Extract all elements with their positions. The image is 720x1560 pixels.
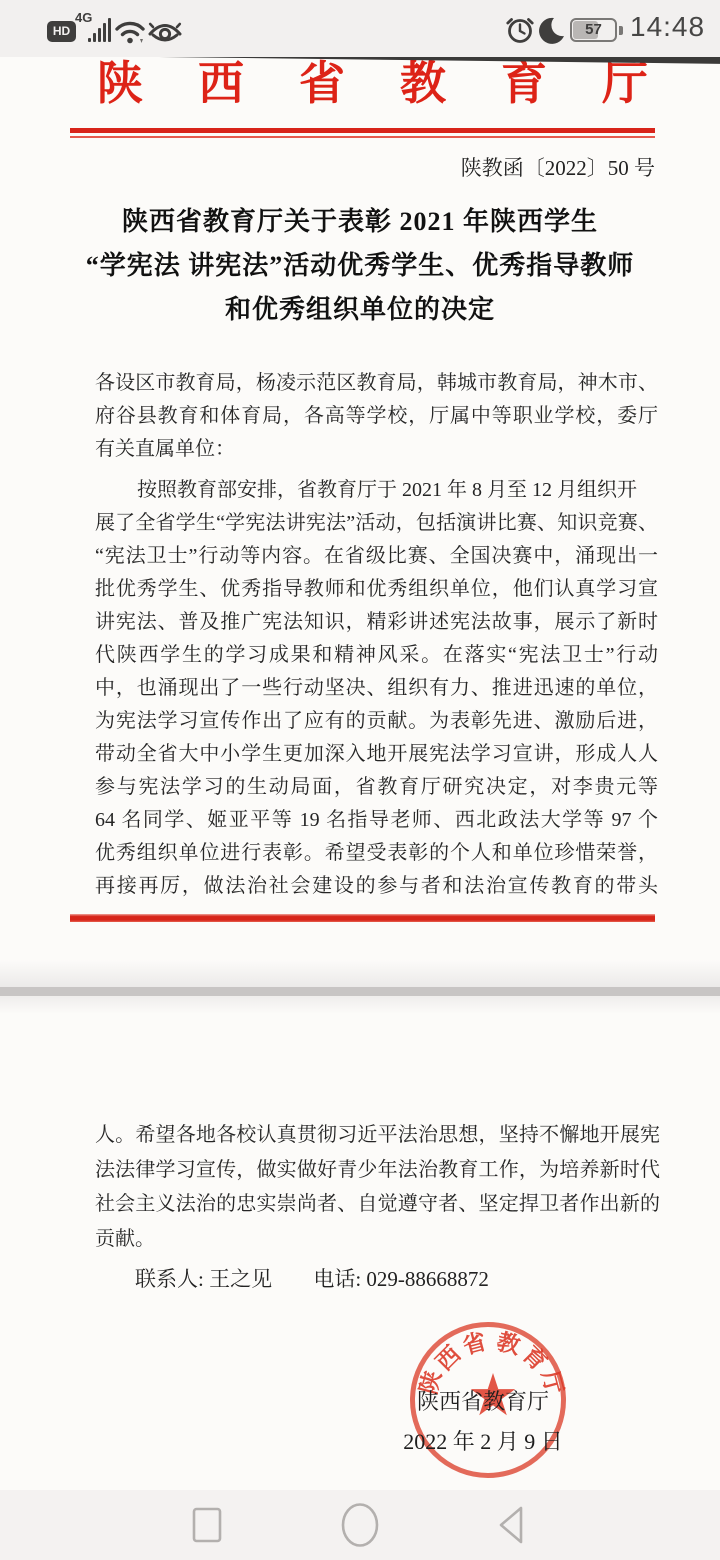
- home-circle-icon: [340, 1501, 380, 1549]
- doc-number: 陕教函〔2022〕50 号: [95, 153, 655, 183]
- wifi-icon: [114, 17, 146, 45]
- contact-person: 联系人: 王之见: [95, 1267, 272, 1291]
- alarm-icon: [505, 15, 535, 45]
- text-line: “宪法卫士”行动等内容。在省级比赛、全国决赛中，涌现出一: [95, 540, 658, 573]
- hd-badge: HD: [47, 21, 76, 42]
- battery-nub: [619, 26, 623, 35]
- text-line: 中，也涌现出了一些行动坚决、组织有力、推进迅速的单位，: [95, 672, 658, 705]
- text-line: 各设区市教育局，杨凌示范区教育局，韩城市教育局，神木市、: [95, 367, 658, 400]
- text-line: 有关直属单位：: [95, 433, 658, 466]
- document-title: 陕西省教育厅关于表彰 2021 年陕西学生 “学宪法 讲宪法”活动优秀学生、优秀…: [60, 200, 660, 332]
- title-line: “学宪法 讲宪法”活动优秀学生、优秀指导教师: [60, 244, 660, 288]
- letterhead-rule-thick: [70, 128, 655, 133]
- text-line: 批优秀学生、优秀指导教师和优秀组织单位，他们认真学习宣: [95, 573, 658, 606]
- body-paragraph-page1: 按照教育部安排，省教育厅于 2021 年 8 月至 12 月组织开 展了全省学生…: [95, 474, 658, 903]
- text-line: 参与宪法学习的生动局面，省教育厅研究决定，对李贵元等: [95, 771, 658, 804]
- title-line: 和优秀组织单位的决定: [60, 288, 660, 332]
- contact-line: 联系人: 王之见 电话: 029-88668872: [95, 1262, 660, 1296]
- recents-button[interactable]: [181, 1498, 233, 1552]
- letterhead-rule-thin: [70, 136, 655, 138]
- page1-bottom-red-rule: [70, 914, 655, 922]
- text-line: 贡献。: [95, 1222, 660, 1257]
- text-line: 按照教育部安排，省教育厅于 2021 年 8 月至 12 月组织开: [95, 474, 658, 507]
- seal-arc-char: 省: [459, 1323, 490, 1361]
- text-line: 讲宪法、普及推广宪法知识，精彩讲述宪法故事，展示了新时: [95, 606, 658, 639]
- body-paragraph-page2: 人。希望各地各校认真贯彻习近平法治思想，坚持不懈地开展宪 法法律学习宣传，做实做…: [95, 1118, 660, 1256]
- text-line: 法法律学习宣传，做实做好青少年法治教育工作，为培养新时代: [95, 1153, 660, 1188]
- page-separator: [0, 987, 720, 996]
- android-nav-bar: [0, 1490, 720, 1560]
- text-line: 64 名同学、姬亚平等 19 名指导老师、西北政法大学等 97 个: [95, 804, 658, 837]
- text-line: 再接再厉，做法治社会建设的参与者和法治宣传教育的带头: [95, 870, 658, 903]
- status-time: 14:48: [630, 11, 705, 43]
- battery-percent: 57: [572, 20, 615, 40]
- letterhead-agency: 陕西省教育厅: [97, 58, 717, 110]
- text-line: 带动全省大中小学生更加深入地开展宪法学习宣讲，形成人人: [95, 738, 658, 771]
- text-line: 府谷县教育和体育局，各高等学校，厅属中等职业学校，委厅: [95, 400, 658, 433]
- back-triangle-icon: [497, 1504, 527, 1546]
- recents-square-icon: [192, 1506, 222, 1544]
- moon-icon: [537, 16, 567, 46]
- text-line: 代陕西学生的学习成果和精神风采。在落实“宪法卫士”行动: [95, 639, 658, 672]
- eye-comfort-icon: [148, 19, 182, 45]
- battery-icon: 57: [570, 18, 617, 42]
- page2-top-shadow: [0, 996, 720, 1014]
- recipients-paragraph: 各设区市教育局，杨凌示范区教育局，韩城市教育局，神木市、 府谷县教育和体育局，各…: [95, 367, 658, 466]
- signature-date: 2022 年 2 月 9 日: [383, 1428, 583, 1456]
- text-line: 展了全省学生“学宪法讲宪法”活动，包括演讲比赛、知识竞赛、: [95, 507, 658, 540]
- text-line: 社会主义法治的忠实崇尚者、自觉遵守者、坚定捍卫者作出新的: [95, 1187, 660, 1222]
- text-line: 人。希望各地各校认真贯彻习近平法治思想，坚持不懈地开展宪: [95, 1118, 660, 1153]
- text-line: 优秀组织单位进行表彰。希望受表彰的个人和单位珍惜荣誉，: [95, 837, 658, 870]
- page1-bottom-shadow: [0, 960, 720, 987]
- contact-phone: 电话: 029-88668872: [313, 1267, 489, 1291]
- signature-agency: 陕西省教育厅: [383, 1388, 583, 1416]
- status-bar[interactable]: HD 4G: [0, 0, 720, 57]
- home-button[interactable]: [334, 1498, 386, 1552]
- title-line: 陕西省教育厅关于表彰 2021 年陕西学生: [60, 200, 660, 244]
- signal-bars-icon: [88, 14, 114, 42]
- back-button[interactable]: [486, 1498, 538, 1552]
- text-line: 为宪法学习宣传作出了应有的贡献。为表彰先进、激励后进，: [95, 705, 658, 738]
